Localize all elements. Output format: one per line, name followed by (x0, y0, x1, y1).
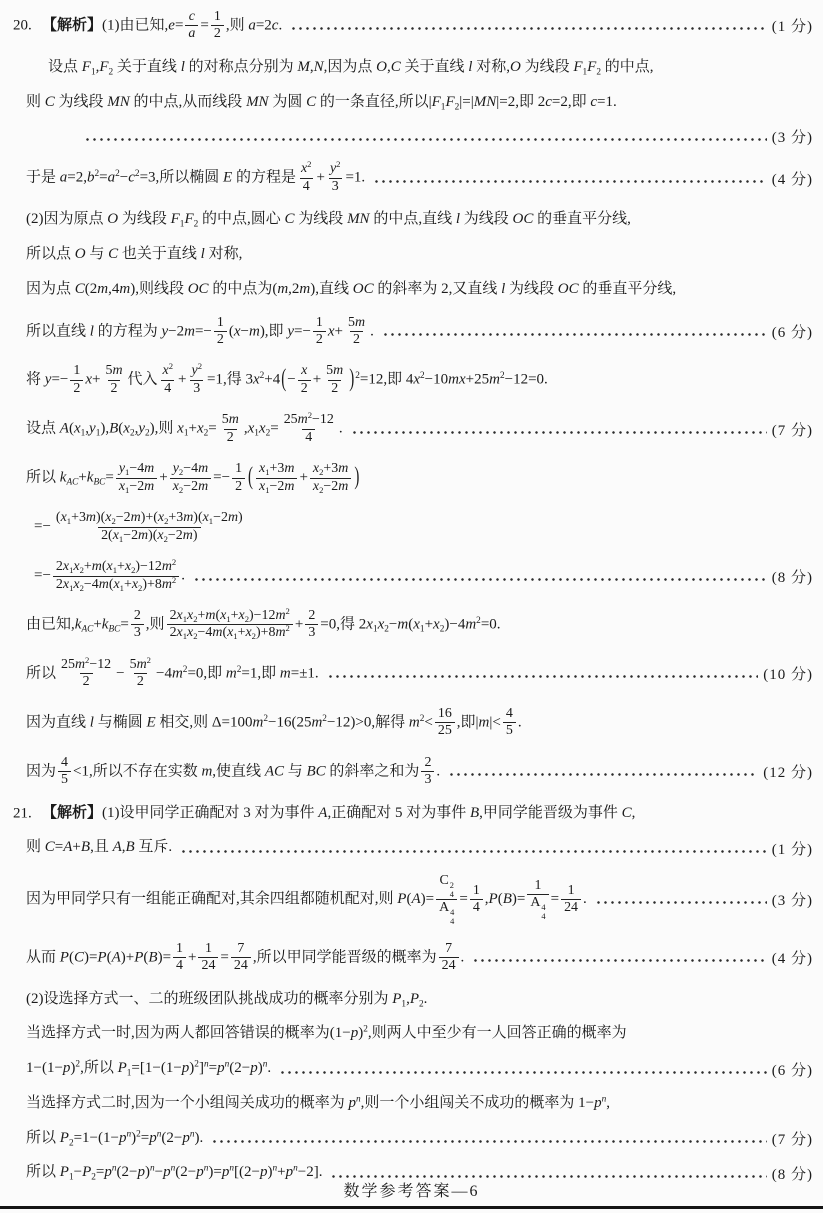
line-content: 所以 kAC+kBC=y1−4mx1−2m+y2−4mx2−2m=−12(x1+… (26, 460, 360, 496)
dot-leader (448, 770, 758, 779)
line-content: 设点 A(x1,y1),B(x2,y2),则 x1+x2=5m2,x1x2=25… (26, 411, 343, 447)
dot-leader (180, 847, 767, 856)
solution-line: 当选择方式一时,因为两人都回答错误的概率为(1−p)2,则两人中至少有一人回答正… (0, 1023, 813, 1045)
line-content: =−2x1x2+m(x1+x2)−12m22x1x2−4m(x1+x2)+8m2… (34, 558, 185, 594)
solution-line: =−(x1+3m)(x2−2m)+(x2+3m)(x1−2m)2(x1−2m)(… (0, 509, 813, 545)
solution-line: =−2x1x2+m(x1+x2)−12m22x1x2−4m(x1+x2)+8m2… (0, 558, 813, 594)
solution-line: 21.【解析】(1)设甲同学正确配对 3 对为事件 A,正确配对 5 对为事件 … (0, 803, 813, 825)
solution-line: (2)设选择方式一、二的班级团队挑战成功的概率分别为 P1,P2. (0, 989, 813, 1011)
dot-leader (595, 898, 767, 907)
solution-line: 所以25m2−122−5m22−4m2=0,即 m2=1,即 m=±1.(10 … (0, 656, 813, 692)
solution-line: 所以点 O 与 C 也关于直线 l 对称, (0, 244, 813, 266)
line-content: =−(x1+3m)(x2−2m)+(x2+3m)(x1−2m)2(x1−2m)(… (34, 509, 248, 545)
solution-lines: 20.【解析】(1)由已知,e=ca=12,则 a=2c.(1 分)设点 F1,… (0, 8, 823, 1184)
score-label: (8 分) (772, 566, 813, 587)
solution-line: 则 C 为线段 MN 的中点,从而线段 MN 为圆 C 的一条直径,所以|F1F… (0, 92, 813, 114)
line-content: 从而 P(C)=P(A)+P(B)=14+124=724,所以甲同学能晋级的概率… (26, 940, 464, 976)
line-content: 设点 F1,F2 关于直线 l 的对称点分别为 M,N,因为点 O,C 关于直线… (48, 57, 654, 79)
dot-leader (327, 672, 759, 681)
score-label: (7 分) (772, 1128, 813, 1149)
solution-line: 由已知,kAC+kBC=23,则2x1x2+m(x1+x2)−12m22x1x2… (0, 607, 813, 643)
score-label: (4 分) (772, 947, 813, 968)
line-content: 所以 P2=1−(1−pn)2=pn(2−pn). (26, 1128, 203, 1150)
solution-line: 将 y=−12x+5m2代入x24+y23=1,得 3x2+4(−x2+5m2)… (0, 362, 813, 398)
dot-leader (211, 1137, 766, 1146)
line-content: (2)因为原点 O 为线段 F1F2 的中点,圆心 C 为线段 MN 的中点,直… (26, 209, 631, 231)
score-label: (6 分) (772, 1059, 813, 1080)
line-content: 将 y=−12x+5m2代入x24+y23=1,得 3x2+4(−x2+5m2)… (26, 362, 548, 398)
line-content: 【解析】(1)由已知,e=ca=12,则 a=2c. (42, 8, 282, 44)
score-label: (4 分) (772, 168, 813, 189)
answer-sheet-page: 20.【解析】(1)由已知,e=ca=12,则 a=2c.(1 分)设点 F1,… (0, 0, 823, 1213)
bottom-rule (0, 1206, 823, 1209)
score-label: (7 分) (772, 419, 813, 440)
solution-line: 当选择方式二时,因为一个小组闯关成功的概率为 pn,则一个小组闯关不成功的概率为… (0, 1093, 813, 1115)
solution-line: 设点 F1,F2 关于直线 l 的对称点分别为 M,N,因为点 O,C 关于直线… (0, 57, 813, 79)
solution-line: 设点 A(x1,y1),B(x2,y2),则 x1+x2=5m2,x1x2=25… (0, 411, 813, 447)
dot-leader (472, 956, 766, 965)
dot-leader (84, 135, 767, 144)
line-content: 所以25m2−122−5m22−4m2=0,即 m2=1,即 m=±1. (26, 656, 319, 692)
problem-number: 21. (13, 805, 32, 822)
solution-line: 1−(1−p)2,所以 P1=[1−(1−p)2]n=pn(2−p)n.(6 分… (0, 1058, 813, 1080)
line-content: 因为45<1,所以不存在实数 m,使直线 AC 与 BC 的斜率之和为23. (26, 754, 440, 790)
solution-line: (3 分) (0, 126, 813, 147)
line-content: 当选择方式一时,因为两人都回答错误的概率为(1−p)2,则两人中至少有一人回答正… (26, 1023, 627, 1045)
score-label: (6 分) (772, 321, 813, 342)
line-content: 由已知,kAC+kBC=23,则2x1x2+m(x1+x2)−12m22x1x2… (26, 607, 501, 643)
dot-leader (382, 330, 767, 339)
page-footer: 数学参考答案—6 (0, 1178, 823, 1201)
line-content: 于是 a=2,b2=a2−c2=3,所以椭圆 E 的方程是x24+y23=1. (26, 160, 365, 196)
solution-line: 因为甲同学只有一组能正确配对,其余四组都随机配对,则 P(A)=C24A44=1… (0, 872, 813, 927)
solution-line: 因为45<1,所以不存在实数 m,使直线 AC 与 BC 的斜率之和为23.(1… (0, 754, 813, 790)
score-label: (1 分) (772, 838, 813, 859)
solution-line: 从而 P(C)=P(A)+P(B)=14+124=724,所以甲同学能晋级的概率… (0, 940, 813, 976)
line-content: 所以点 O 与 C 也关于直线 l 对称, (26, 244, 242, 266)
solution-line: 则 C=A+B,且 A,B 互斥.(1 分) (0, 837, 813, 859)
line-content: 当选择方式二时,因为一个小组闯关成功的概率为 pn,则一个小组闯关不成功的概率为… (26, 1093, 610, 1115)
line-content: 因为直线 l 与椭圆 E 相交,则 Δ=100m2−16(25m2−12)>0,… (26, 705, 522, 741)
solution-line: 20.【解析】(1)由已知,e=ca=12,则 a=2c.(1 分) (0, 8, 813, 44)
dot-leader (193, 575, 767, 584)
line-content: 因为点 C(2m,4m),则线段 OC 的中点为(m,2m),直线 OC 的斜率… (26, 279, 676, 301)
line-content: 【解析】(1)设甲同学正确配对 3 对为事件 A,正确配对 5 对为事件 B,甲… (42, 803, 635, 825)
line-content: (2)设选择方式一、二的班级团队挑战成功的概率分别为 P1,P2. (26, 989, 427, 1011)
score-label: (3 分) (772, 889, 813, 910)
score-label: (10 分) (763, 663, 813, 684)
problem-number: 20. (13, 17, 32, 34)
dot-leader (351, 428, 767, 437)
solution-line: 因为点 C(2m,4m),则线段 OC 的中点为(m,2m),直线 OC 的斜率… (0, 279, 813, 301)
solution-line: 因为直线 l 与椭圆 E 相交,则 Δ=100m2−16(25m2−12)>0,… (0, 705, 813, 741)
score-label: (1 分) (772, 15, 813, 36)
solution-line: 所以 kAC+kBC=y1−4mx1−2m+y2−4mx2−2m=−12(x1+… (0, 460, 813, 496)
score-label: (3 分) (772, 126, 813, 147)
line-content: 1−(1−p)2,所以 P1=[1−(1−p)2]n=pn(2−p)n. (26, 1058, 271, 1080)
dot-leader (279, 1068, 767, 1077)
solution-line: 所以直线 l 的方程为 y−2m=−12(x−m),即 y=−12x+5m2.(… (0, 314, 813, 350)
line-content: 所以直线 l 的方程为 y−2m=−12(x−m),即 y=−12x+5m2. (26, 314, 374, 350)
dot-leader (290, 24, 767, 33)
dot-leader (373, 177, 767, 186)
solution-line: 于是 a=2,b2=a2−c2=3,所以椭圆 E 的方程是x24+y23=1.(… (0, 160, 813, 196)
solution-line: 所以 P2=1−(1−pn)2=pn(2−pn).(7 分) (0, 1128, 813, 1150)
solution-line: (2)因为原点 O 为线段 F1F2 的中点,圆心 C 为线段 MN 的中点,直… (0, 209, 813, 231)
line-content: 则 C=A+B,且 A,B 互斥. (26, 837, 172, 859)
line-content: 因为甲同学只有一组能正确配对,其余四组都随机配对,则 P(A)=C24A44=1… (26, 872, 587, 927)
line-content: 则 C 为线段 MN 的中点,从而线段 MN 为圆 C 的一条直径,所以|F1F… (26, 92, 617, 114)
score-label: (12 分) (763, 761, 813, 782)
